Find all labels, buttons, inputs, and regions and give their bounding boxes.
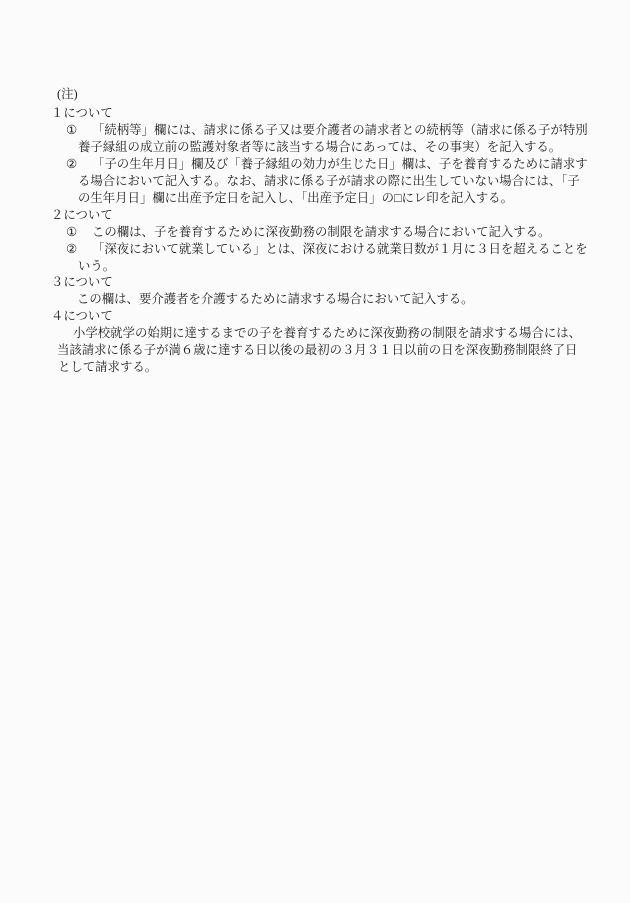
- section-1-item-2-line-1: ②「子の生年月日」欄及び「養子縁組の効力が生じた日」欄は、子を養育するために請求…: [66, 157, 588, 171]
- item-marker-circled-1: ①: [66, 225, 92, 239]
- item-text: 「子の生年月日」欄及び「養子縁組の効力が生じた日」欄は、子を養育するために請求す: [92, 157, 588, 171]
- section-1-heading: １について: [51, 106, 113, 120]
- item-marker-circled-2: ②: [66, 157, 92, 171]
- section-1-item-2-line-3: の生年月日」欄に出産予定日を記入し、「出産予定日」の□にレ印を記入する。: [78, 191, 513, 205]
- document-page: (注) １について ①「続柄等」欄には、請求に係る子又は要介護者の請求者との続柄…: [0, 0, 630, 903]
- section-3-body-line-1: この欄は、要介護者を介護するために請求する場合において記入する。: [77, 292, 474, 306]
- section-4-body-line-3: として請求する。: [58, 360, 157, 374]
- section-4-body-line-2: 当該請求に係る子が満６歳に達する日以後の最初の３月３１日以前の日を深夜勤務制限終…: [57, 343, 577, 357]
- item-text: この欄は、子を養育するために深夜勤務の制限を請求する場合において記入する。: [92, 225, 550, 239]
- item-marker-circled-1: ①: [66, 123, 92, 137]
- section-3-heading: ３について: [51, 275, 113, 289]
- section-1-item-1-line-1: ①「続柄等」欄には、請求に係る子又は要介護者の請求者との続柄等（請求に係る子が特…: [66, 123, 588, 137]
- section-4-body-line-1: 小学校就学の始期に達するまでの子を養育するために深夜勤務の制限を請求する場合には…: [73, 326, 581, 340]
- item-text: 「深夜において就業している」とは、深夜における就業日数が１月に３日を超えることを: [92, 242, 588, 256]
- section-2-item-2-line-2: いう。: [78, 259, 115, 273]
- item-text: 「続柄等」欄には、請求に係る子又は要介護者の請求者との続柄等（請求に係る子が特別: [92, 123, 588, 137]
- section-2-item-1-line-1: ①この欄は、子を養育するために深夜勤務の制限を請求する場合において記入する。: [66, 225, 550, 239]
- section-2-heading: ２について: [51, 208, 113, 222]
- note-label: (注): [57, 87, 78, 101]
- section-4-heading: ４について: [51, 309, 113, 323]
- item-marker-circled-2: ②: [66, 242, 92, 256]
- section-1-item-1-line-2: 養子縁組の成立前の監護対象者等に該当する場合にあっては、その事実）を記入する。: [78, 140, 561, 154]
- section-1-item-2-line-2: る場合において記入する。なお、請求に係る子が請求の際に出生していない場合には、「…: [78, 174, 580, 188]
- section-2-item-2-line-1: ②「深夜において就業している」とは、深夜における就業日数が１月に３日を超えること…: [66, 242, 588, 256]
